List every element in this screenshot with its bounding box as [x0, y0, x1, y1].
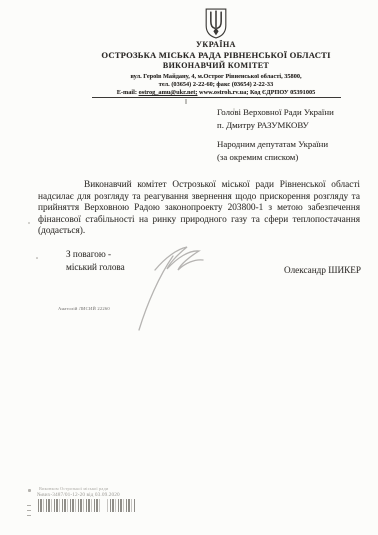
stamp-side-ticks — [27, 505, 31, 519]
registration-stamp: Виконком Острозької міської ради №вих-34… — [27, 486, 135, 512]
scan-speck — [36, 257, 38, 259]
recipient-line: Народним депутатам України — [217, 138, 334, 151]
divider-center-tick — [185, 99, 187, 104]
ukraine-trident-emblem-icon — [204, 8, 228, 39]
stamp-registration-number: №вих-3487/01-12-20 від 03.09.2020 — [37, 492, 135, 498]
closing-salutation: З повагою - — [66, 248, 125, 261]
org-edrpou-code: Код ЄДРПОУ 05391005 — [250, 89, 315, 96]
signer-position: міський голова — [66, 261, 125, 274]
letterhead-divider-line — [92, 97, 341, 98]
stamp-organization: Виконком Острозької міської ради — [39, 486, 135, 491]
org-email: ostrog_amu@ukr.net; — [139, 89, 198, 96]
org-contacts-line: E-mail: ostrog_amu@ukr.net; www.ostroh.r… — [56, 89, 376, 96]
letter-body-paragraph: Виконавчий комітет Острозької міської ра… — [38, 180, 360, 238]
scanned-letter-page: УКРАЇНА ОСТРОЗЬКА МІСЬКА РАДА РІВНЕНСЬКО… — [0, 0, 378, 535]
committee-name: ВИКОНАВЧИЙ КОМІТЕТ — [56, 61, 376, 70]
stamp-tick — [27, 510, 31, 511]
handwritten-signature — [125, 242, 225, 332]
org-website: www.ostroh.rv.ua; — [199, 89, 248, 96]
scan-speck — [28, 222, 30, 224]
org-phone-fax: тел. (03654) 2-22-60; факс (03654) 2-22-… — [56, 81, 376, 88]
letterhead: УКРАЇНА ОСТРОЗЬКА МІСЬКА РАДА РІВНЕНСЬКО… — [56, 40, 376, 96]
country-name: УКРАЇНА — [56, 40, 376, 49]
stamp-tick — [27, 515, 31, 516]
organization-name: ОСТРОЗЬКА МІСЬКА РАДА РІВНЕНСЬКОЇ ОБЛАСТ… — [56, 50, 376, 60]
recipient-block: Голові Верховної Ради України п. Дмитру … — [217, 106, 334, 164]
recipient-line: Голові Верховної Ради України — [217, 106, 334, 119]
org-address: вул. Героїв Майдану, 4, м.Острог Рівненс… — [56, 73, 376, 80]
executor-note: Анатолій ЛИСИЙ 22260 — [58, 306, 110, 311]
stamp-tick — [27, 505, 31, 506]
closing-block: З повагою - міський голова — [66, 248, 125, 274]
recipient-line: п. Дмитру РАЗУМКОВУ — [217, 119, 334, 132]
signer-name: Олександр ШИКЕР — [284, 265, 361, 275]
recipient-line: (за окремим списком) — [217, 151, 334, 164]
email-label: E-mail: — [117, 89, 137, 96]
stamp-corner-mark — [28, 489, 31, 492]
barcode — [38, 499, 135, 512]
scan-speck — [233, 108, 235, 111]
